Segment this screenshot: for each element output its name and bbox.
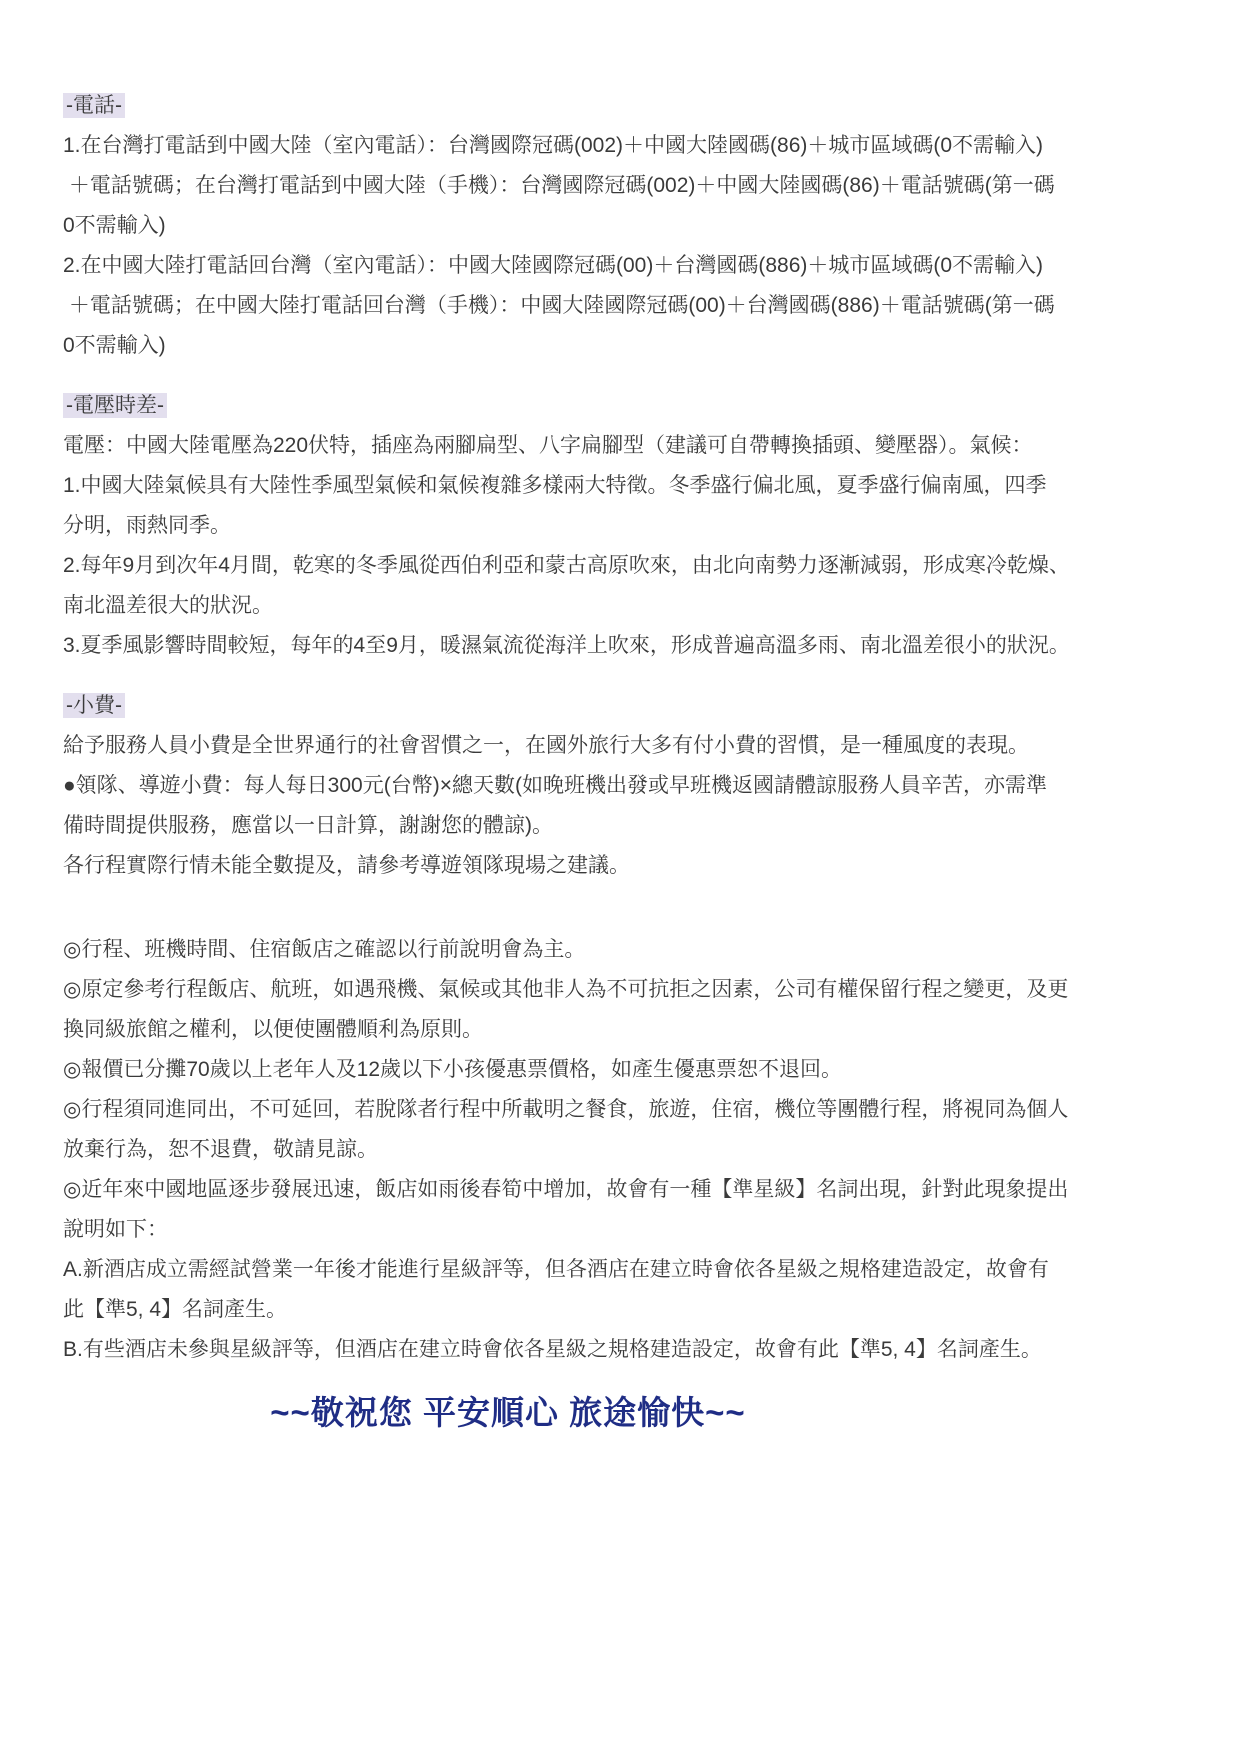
text-line: A.新酒店成立需經試營業一年後才能進行星級評等，但各酒店在建立時會依各星級之規格… (63, 1250, 1183, 1290)
text-line: 各行程實際行情未能全數提及，請參考導遊領隊現場之建議。 (63, 846, 1183, 886)
text-line: ◎原定參考行程飯店、航班，如遇飛機、氣候或其他非人為不可抗拒之因素，公司有權保留… (63, 970, 1183, 1010)
text-line: 電壓：中國大陸電壓為220伏特，插座為兩腳扁型、八字扁腳型（建議可自帶轉換插頭、… (63, 426, 1183, 466)
text-line: 1.中國大陸氣候具有大陸性季風型氣候和氣候複雜多樣兩大特徵。冬季盛行偏北風，夏季… (63, 466, 1183, 506)
text-line: 0不需輸入) (63, 326, 1183, 366)
text-line: 2.每年9月到次年4月間，乾寒的冬季風從西伯利亞和蒙古高原吹來，由北向南勢力逐漸… (63, 546, 1183, 586)
section-heading-line: -電壓時差- (63, 386, 1183, 426)
section-heading: -電壓時差- (63, 393, 167, 418)
text-line: ●領隊、導遊小費：每人每日300元(台幣)×總天數(如晚班機出發或早班機返國請體… (63, 766, 1183, 806)
text-line: B.有些酒店未參與星級評等，但酒店在建立時會依各星級之規格建造設定，故會有此【準… (63, 1330, 1183, 1370)
document-section: -電壓時差-電壓：中國大陸電壓為220伏特，插座為兩腳扁型、八字扁腳型（建議可自… (63, 386, 1183, 666)
text-line: ◎行程須同進同出，不可延回，若脫隊者行程中所載明之餐食，旅遊，住宿，機位等團體行… (63, 1090, 1183, 1130)
section-heading-line: -小費- (63, 686, 1183, 726)
text-line: ◎近年來中國地區逐步發展迅速，飯店如雨後春筍中增加，故會有一種【準星級】名詞出現… (63, 1170, 1183, 1210)
document-section: -小費-給予服務人員小費是全世界通行的社會習慣之一，在國外旅行大多有付小費的習慣… (63, 686, 1183, 886)
text-line: ＋電話號碼；在中國大陸打電話回台灣（手機）：中國大陸國際冠碼(00)＋台灣國碼(… (63, 286, 1183, 326)
text-line: 換同級旅館之權利，以便使團體順利為原則。 (63, 1010, 1183, 1050)
text-line: 3.夏季風影響時間較短，每年的4至9月，暖濕氣流從海洋上吹來，形成普遍高溫多雨、… (63, 626, 1183, 666)
section-heading-line: -電話- (63, 86, 1183, 126)
section-heading: -小費- (63, 693, 125, 718)
text-line: 1.在台灣打電話到中國大陸（室內電話）：台灣國際冠碼(002)＋中國大陸國碼(8… (63, 126, 1183, 166)
text-line: 2.在中國大陸打電話回台灣（室內電話）：中國大陸國際冠碼(00)＋台灣國碼(88… (63, 246, 1183, 286)
text-line: 0不需輸入) (63, 206, 1183, 246)
section-heading: -電話- (63, 93, 125, 118)
document-body: -電話-1.在台灣打電話到中國大陸（室內電話）：台灣國際冠碼(002)＋中國大陸… (63, 86, 1183, 1370)
text-line: 此【準5, 4】名詞產生。 (63, 1290, 1183, 1330)
text-line: 南北溫差很大的狀況。 (63, 586, 1183, 626)
document-section: -電話-1.在台灣打電話到中國大陸（室內電話）：台灣國際冠碼(002)＋中國大陸… (63, 86, 1183, 366)
text-line: 備時間提供服務，應當以一日計算，謝謝您的體諒)。 (63, 806, 1183, 846)
document-page: -電話-1.在台灣打電話到中國大陸（室內電話）：台灣國際冠碼(002)＋中國大陸… (0, 0, 1241, 1755)
closing-blessing: ~~敬祝您 平安順心 旅途愉快~~ (63, 1390, 1183, 1436)
text-line: ◎報價已分攤70歲以上老年人及12歲以下小孩優惠票價格，如產生優惠票恕不退回。 (63, 1050, 1183, 1090)
text-line: ＋電話號碼；在台灣打電話到中國大陸（手機）：台灣國際冠碼(002)＋中國大陸國碼… (63, 166, 1183, 206)
notes-section: ◎行程、班機時間、住宿飯店之確認以行前說明會為主。◎原定參考行程飯店、航班，如遇… (63, 930, 1183, 1370)
text-line: 分明，雨熱同季。 (63, 506, 1183, 546)
text-line: 說明如下： (63, 1210, 1183, 1250)
text-line: 放棄行為，恕不退費，敬請見諒。 (63, 1130, 1183, 1170)
text-line: 給予服務人員小費是全世界通行的社會習慣之一，在國外旅行大多有付小費的習慣，是一種… (63, 726, 1183, 766)
text-line: ◎行程、班機時間、住宿飯店之確認以行前說明會為主。 (63, 930, 1183, 970)
